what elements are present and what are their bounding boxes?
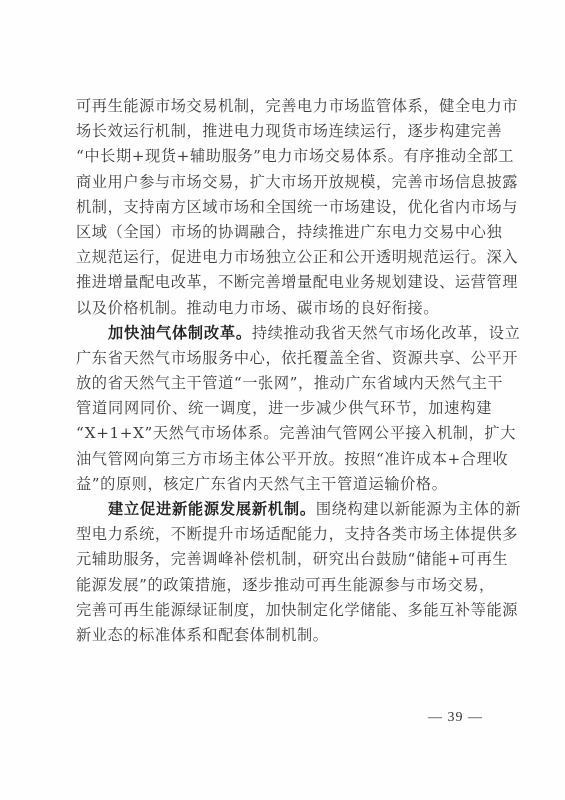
text-line: 广东省天然气市场服务中心，依托覆盖全省、资源共享、公平开 [76, 346, 492, 371]
text-line: 益”的原则，核定广东省内天然气主干管道运输价格。 [76, 472, 492, 497]
text-line: 立规范运行，促进电力市场独立公正和公开透明规范运行。深入 [76, 245, 492, 270]
text-line: 能源发展”的政策措施，逐步推动可再生能源参与市场交易， [76, 573, 492, 598]
text-line: 可再生能源市场交易机制，完善电力市场监管体系，健全电力市 [76, 94, 492, 119]
text-line: 型电力系统，不断提升市场适配能力，支持各类市场主体提供多 [76, 522, 492, 547]
text-line: 完善可再生能源绿证制度，加快制定化学储能、多能互补等能源 [76, 598, 492, 623]
text-line: 推进增量配电改革，不断完善增量配电业务规划建设、运营管理 [76, 270, 492, 295]
text-line: 管道同网同价、统一调度，进一步减少供气环节，加速构建 [76, 396, 492, 421]
text-line: 放的省天然气主干管道“一张网”，推动广东省域内天然气主干 [76, 371, 492, 396]
text-line: 元辅助服务，完善调峰补偿机制，研究出台鼓励“储能+可再生 [76, 547, 492, 572]
text-line: 以及价格机制。推动电力市场、碳市场的良好衔接。 [76, 296, 492, 321]
text-line: 油气管网向第三方市场主体公平开放。按照“准许成本+合理收 [76, 447, 492, 472]
text-line: 新业态的标准体系和配套体制机制。 [76, 623, 492, 648]
text-line: 区域（全国）市场的协调融合，持续推进广东电力交易中心独 [76, 220, 492, 245]
text-line: 机制，支持南方区域市场和全国统一市场建设，优化省内市场与 [76, 195, 492, 220]
paragraph-first-line: 建立促进新能源发展新机制。围绕构建以新能源为主体的新 [76, 497, 492, 522]
paragraph-heading-new-energy-mechanism: 建立促进新能源发展新机制。 [108, 500, 316, 518]
document-page: 可再生能源市场交易机制，完善电力市场监管体系，健全电力市 场长效运行机制，推进电… [0, 0, 565, 800]
text-span: 围绕构建以新能源为主体的新 [316, 500, 521, 518]
paragraph-first-line: 加快油气体制改革。持续推动我省天然气市场化改革，设立 [76, 321, 492, 346]
text-line: 商业用户参与市场交易，扩大市场开放规模，完善市场信息披露 [76, 170, 492, 195]
paragraph-heading-oil-gas-reform: 加快油气体制改革。 [108, 324, 252, 342]
text-span: 持续推动我省天然气市场化改革，设立 [252, 324, 520, 342]
body-text: 可再生能源市场交易机制，完善电力市场监管体系，健全电力市 场长效运行机制，推进电… [76, 94, 492, 648]
text-line: “X+1+X”天然气市场体系。完善油气管网公平接入机制，扩大 [76, 421, 492, 446]
page-number: — 39 — [428, 710, 483, 726]
text-line: 场长效运行机制，推进电力现货市场连续运行，逐步构建完善 [76, 119, 492, 144]
text-line: “中长期+现货+辅助服务”电力市场交易体系。有序推动全部工 [76, 144, 492, 169]
